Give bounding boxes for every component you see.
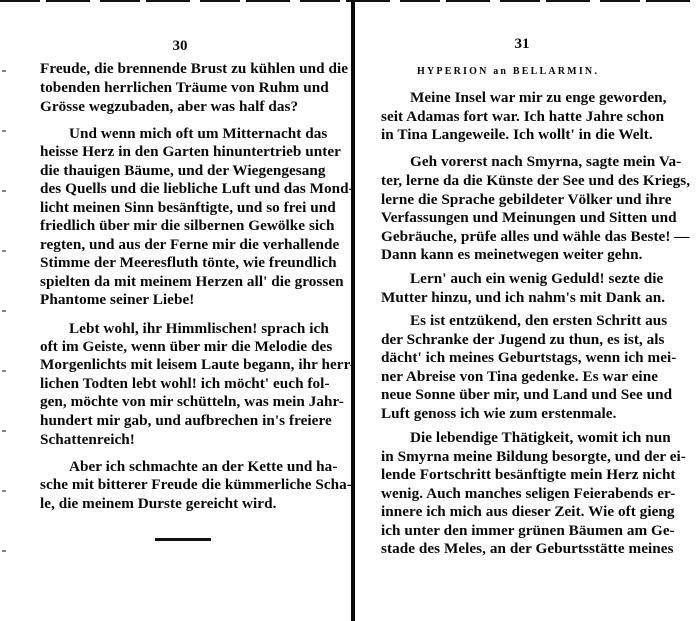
text-line: gen, möchte von mir schütteln, was mein … xyxy=(40,393,324,411)
text-line: des Quells und die liebliche Luft und da… xyxy=(40,180,324,198)
text-line: Grösse wegzubaden, aber was half das? xyxy=(40,98,298,116)
text-line: Meine Insel war mir zu enge geworden, xyxy=(410,89,658,107)
text-line: Die lebendige Thätigkeit, womit ich nun xyxy=(410,429,658,447)
text-line: Luft genoss ich wie zum erstenmale. xyxy=(381,405,616,423)
text-line: Stimme der Meeresfluth tönte, wie freund… xyxy=(40,254,324,272)
text-line: ich unter den immer grünen Bäumen am Ge- xyxy=(381,522,658,540)
text-line: Es ist entzükend, den ersten Schritt aus xyxy=(410,312,658,330)
text-line: lende Fortschritt besänftigte mein Herz … xyxy=(381,466,658,484)
text-line: heisse Herz in den Garten hinuntertrieb … xyxy=(40,143,324,161)
text-line: sche mit bitterer Freude die kümmerliche… xyxy=(40,476,324,494)
page-number: 30 xyxy=(165,38,195,55)
text-line: Verfassungen und Meinungen und Sitten un… xyxy=(381,209,658,227)
text-line: Gebräuche, prüfe alles und wähle das Bes… xyxy=(381,228,658,246)
text-line: Und wenn mich oft um Mitternacht das xyxy=(69,125,324,143)
text-line: ner Abreise von Tina gedenke. Es war ein… xyxy=(381,368,658,386)
text-line: Schattenreich! xyxy=(40,431,135,449)
text-line: regten, und aus der Ferne mir die verhal… xyxy=(40,236,324,254)
text-line: neue Sonne über mir, und Land und See un… xyxy=(381,386,658,404)
text-line: Morgenlichts mit leisem Laute begann, ih… xyxy=(40,356,324,374)
text-line: tobenden herrlichen Träume von Ruhm und xyxy=(40,79,324,97)
text-line: spielten da mit meinem Herzen all' die g… xyxy=(40,273,324,291)
text-line: wenig. Auch manches seligen Feierabends … xyxy=(381,485,658,503)
text-line: Dann kann es meinetwegen weiter gehn. xyxy=(381,246,642,264)
text-line: Lern' auch ein wenig Geduld! sezte die xyxy=(410,270,658,288)
text-line: Mutter hinzu, und ich nahm's mit Dank an… xyxy=(381,289,665,307)
left-page: 30 Freude, die brennende Brust zu kühlen… xyxy=(0,0,351,621)
text-line: stade des Meles, an der Geburtsstätte me… xyxy=(381,540,658,558)
text-line: innere ich mich aus dieser Zeit. Wie oft… xyxy=(381,503,658,521)
right-page: 31 HYPERION an BELLARMIN. Meine Insel wa… xyxy=(355,0,698,621)
page-number: 31 xyxy=(507,36,537,53)
text-line: lichen Todten lebt wohl! ich möcht' euch… xyxy=(40,375,324,393)
text-line: ter, lerne da die Künste der See und des… xyxy=(381,172,658,190)
text-line: der Schranke der Jugend zu thun, es ist,… xyxy=(381,331,658,349)
text-line: Freude, die brennende Brust zu kühlen un… xyxy=(40,60,324,78)
text-line: Aber ich schmachte an der Kette und ha- xyxy=(69,458,324,476)
text-line: oft im Geiste, wenn über mir die Melodie… xyxy=(40,338,324,356)
text-line: hundert mir gab, und aufbrechen in's fre… xyxy=(40,412,324,430)
text-line: die thauigen Bäume, und der Wiegengesang xyxy=(40,162,324,180)
text-line: Lebt wohl, ihr Himmlischen! sprach ich xyxy=(69,320,324,338)
text-line: Phantome seiner Liebe! xyxy=(40,291,194,309)
text-line: in Tina Langeweile. Ich wollt' in die We… xyxy=(381,126,653,144)
chapter-end-rule xyxy=(155,538,211,541)
text-line: lerne die Sprache gebildeter Völker und … xyxy=(381,191,658,209)
text-line: dächt' ich meines Geburtstags, wenn ich … xyxy=(381,349,658,367)
text-line: friedlich über mir die silbernen Gewölke… xyxy=(40,217,324,235)
text-line: le, die meinem Durste gereicht wird. xyxy=(40,495,276,513)
text-line: licht meinen Sinn besänftigte, und so fr… xyxy=(40,199,324,217)
text-line: seit Adamas fort war. Ich hatte Jahre sc… xyxy=(381,108,658,126)
text-line: in Smyrna meine Bildung besorgte, und de… xyxy=(381,448,658,466)
text-line: Geh vorerst nach Smyrna, sagte mein Va- xyxy=(410,153,658,171)
section-heading: HYPERION an BELLARMIN. xyxy=(417,66,599,77)
